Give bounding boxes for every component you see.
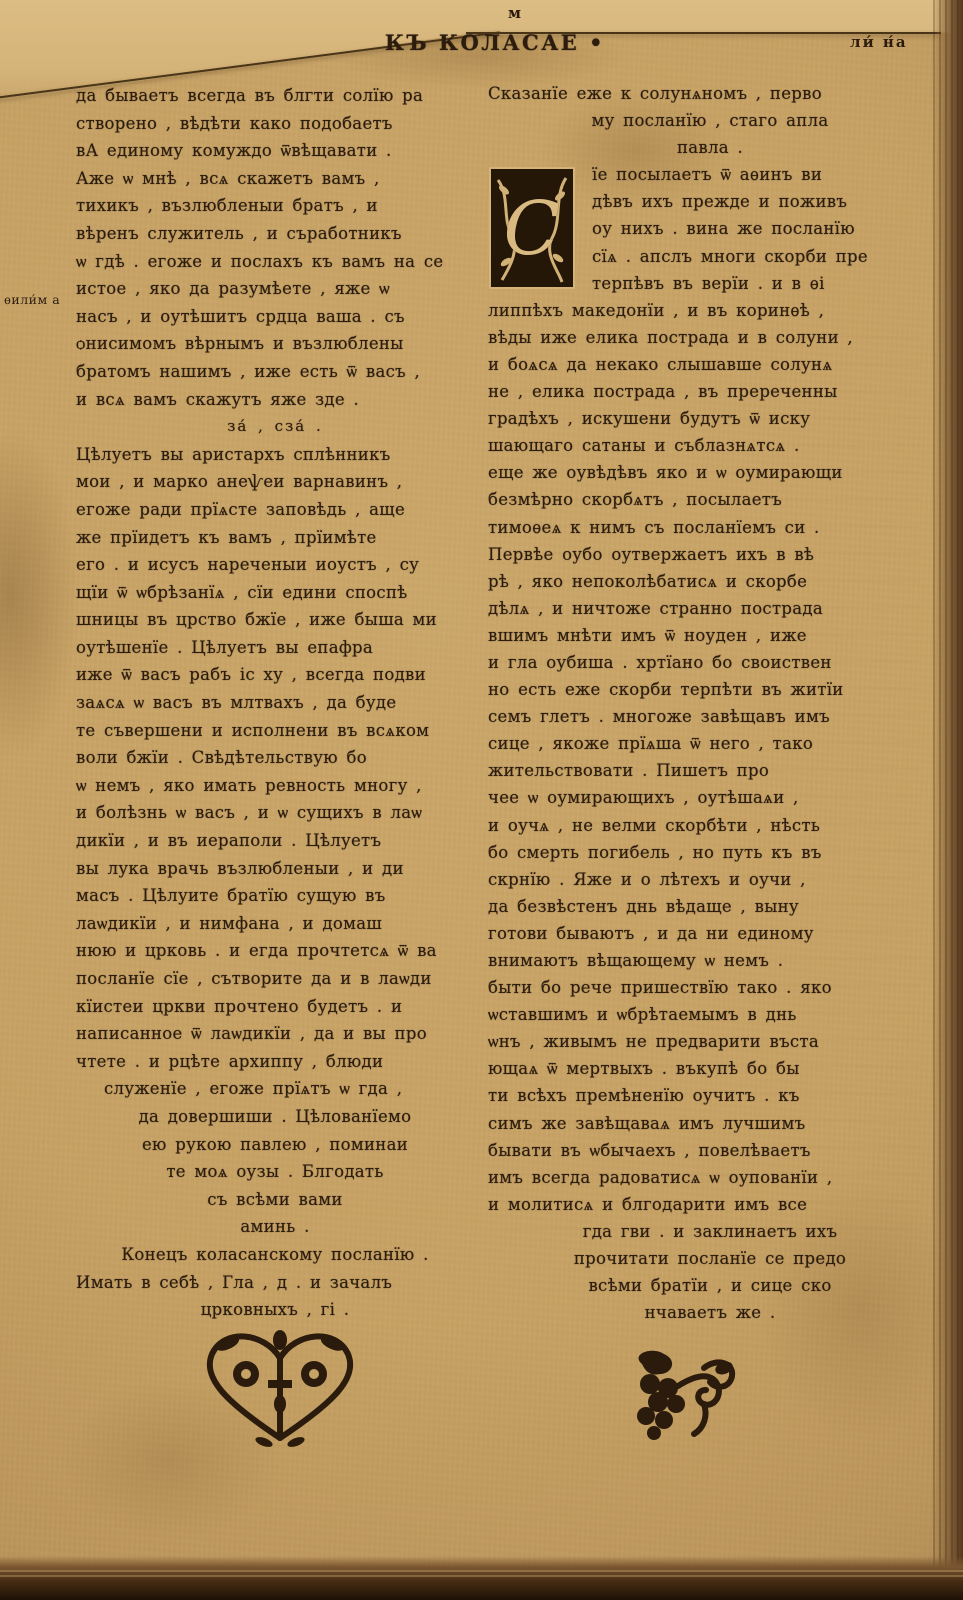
- text-line: шающаго сатаны и съблазнѧтсѧ .: [488, 432, 932, 459]
- text-line: створено , вѣдѣти како подобаетъ: [76, 110, 474, 138]
- left-text-column: да бываетъ всегда въ блгти солїю раствор…: [76, 82, 474, 1324]
- text-line: вѣренъ служитель , и съработникъ: [76, 220, 474, 248]
- text-line: Аже ѡ мнѣ , всѧ скажетъ вамъ ,: [76, 165, 474, 193]
- text-line: чтете . и рцѣте архиппу , блюди: [76, 1048, 474, 1076]
- text-line: тихикъ , възлюбленыи братъ , и: [76, 192, 474, 220]
- text-line: симъ же завѣщаваѧ имъ лучшимъ: [488, 1110, 932, 1137]
- text-line: Конецъ коласанскому посланїю .: [76, 1241, 474, 1269]
- text-line: да довершиши . Цѣлованїемо: [76, 1103, 474, 1131]
- text-line: бо смерть погибель , но путь къ въ: [488, 839, 932, 866]
- text-line: заѧсѧ ѡ васъ въ млтвахъ , да буде: [76, 689, 474, 717]
- scanned-book-page: КЪ КОЛАСАЕ • м ли́ н́а ѳили́м а да бывае…: [0, 0, 963, 1600]
- text-line: семъ глетъ . многоже завѣщавъ имъ: [488, 703, 932, 730]
- drop-cap-paragraph: С їе посылаетъ ѿ аѳинъ видѣвъ ихъ прежде…: [488, 161, 932, 296]
- grape-vine-sprig-ornament: [612, 1346, 744, 1442]
- text-line: внимаютъ вѣщающему ѡ немъ .: [488, 947, 932, 974]
- text-line: вѣды иже елика пострада и в солуни ,: [488, 324, 932, 351]
- text-line: написанное ѿ лаѡдикїи , да и вы про: [76, 1020, 474, 1048]
- text-line: шницы въ црство бжїе , иже быша ми: [76, 606, 474, 634]
- book-page-stack-edge: [933, 0, 963, 1600]
- text-line: дѣлѧ , и ничтоже странно пострада: [488, 595, 932, 622]
- running-title-superscript: м: [508, 4, 521, 22]
- text-line: за́ , сза́ .: [76, 413, 474, 441]
- text-line: посланїе сїе , сътворите да и в лаѡди: [76, 965, 474, 993]
- text-line: лаѡдикїи , и нимфана , и домаш: [76, 910, 474, 938]
- text-line: ѡ немъ , яко имать ревность многу ,: [76, 772, 474, 800]
- text-line: безмѣрно скорбѧтъ , посылаетъ: [488, 486, 932, 513]
- running-title: КЪ КОЛАСАЕ •: [330, 30, 660, 55]
- text-line: не , елика пострада , въ пререченны: [488, 378, 932, 405]
- text-line: сїѧ . апслъ многи скорби пре: [592, 243, 932, 270]
- margin-reference-note: ѳили́м а: [4, 292, 74, 307]
- right-text-column: Сказанїе еже к солунѧномъ , первому посл…: [488, 80, 932, 1326]
- sermon-heading: Сказанїе еже к солунѧномъ , первому посл…: [488, 80, 932, 161]
- text-line: прочитати посланїе се предо: [488, 1245, 932, 1272]
- text-line: црковныхъ , гі .: [76, 1296, 474, 1324]
- text-line: вА единому комуждо ѿвѣщавати .: [76, 137, 474, 165]
- text-line: сице , якоже прїѧша ѿ него , тако: [488, 730, 932, 757]
- text-line: те моѧ оузы . Блгодать: [76, 1158, 474, 1186]
- text-line: павла .: [488, 134, 932, 161]
- text-line: дѣвъ ихъ прежде и поживъ: [592, 188, 932, 215]
- text-line: гда гви . и заклинаетъ ихъ: [488, 1218, 932, 1245]
- sermon-body: липпѣхъ македонїи , и въ коринѳѣ ,вѣды и…: [488, 297, 932, 1327]
- text-line: насъ , и оутѣшитъ срдца ваша . съ: [76, 303, 474, 331]
- text-line: егоже ради прїѧсте заповѣдь , аще: [76, 496, 474, 524]
- drop-cap-lines: їе посылаетъ ѿ аѳинъ видѣвъ ихъ прежде и…: [592, 161, 932, 296]
- text-line: рѣ , яко непоколѣбатисѧ и скорбе: [488, 568, 932, 595]
- svg-text:С: С: [504, 186, 561, 272]
- text-line: ѡставшимъ и ѡбрѣтаемымъ в днь: [488, 1001, 932, 1028]
- folio-number: ли́ н́а: [850, 33, 908, 51]
- text-line: дикїи , и въ иераполи . Цѣлуетъ: [76, 827, 474, 855]
- text-line: ѡ гдѣ . егоже и послахъ къ вамъ на се: [76, 248, 474, 276]
- text-line: воли бжїи . Свѣдѣтельствую бо: [76, 744, 474, 772]
- text-line: жительствовати . Пишетъ про: [488, 757, 932, 784]
- text-line: ею рукою павлею , поминаи: [76, 1131, 474, 1159]
- text-line: да безвѣстенъ днь вѣдаще , выну: [488, 893, 932, 920]
- text-line: оу нихъ . вина же посланїю: [592, 215, 932, 242]
- text-line: и гла оубиша . хртїано бо своиствен: [488, 649, 932, 676]
- text-line: бывати въ ѡбычаехъ , повелѣваетъ: [488, 1137, 932, 1164]
- text-line: иже ѿ васъ рабъ іс ху , всегда подви: [76, 661, 474, 689]
- text-line: аминь .: [76, 1213, 474, 1241]
- text-line: готови бываютъ , и да ни единому: [488, 920, 932, 947]
- heart-floral-tailpiece-ornament: [198, 1328, 363, 1448]
- text-line: му посланїю , стаго апла: [488, 107, 932, 134]
- text-line: чее ѡ оумирающихъ , оутѣшаѧи ,: [488, 784, 932, 811]
- text-line: липпѣхъ македонїи , и въ коринѳѣ ,: [488, 297, 932, 324]
- text-line: їе посылаетъ ѿ аѳинъ ви: [592, 161, 932, 188]
- text-line: мои , и марко анеѱеи варнавинъ ,: [76, 468, 474, 496]
- text-line: истое , яко да разумѣете , яже ѡ: [76, 275, 474, 303]
- book-bottom-edge: [0, 1556, 963, 1600]
- text-line: служенїе , егоже прїѧтъ ѡ гда ,: [76, 1075, 474, 1103]
- text-line: ти всѣхъ премѣненїю оучитъ . къ: [488, 1082, 932, 1109]
- text-line: кїистеи цркви прочтено будетъ . и: [76, 993, 474, 1021]
- text-line: терпѣвъ въ верїи . и в ѳі: [592, 270, 932, 297]
- text-line: тимоѳеѧ к нимъ съ посланїемъ си .: [488, 514, 932, 541]
- ornate-initial-letter-icon: С: [488, 166, 576, 290]
- text-line: и оучѧ , не велми скорбѣти , нѣсть: [488, 812, 932, 839]
- text-line: и болѣзнь ѡ васъ , и ѡ сущихъ в лаѡ: [76, 799, 474, 827]
- text-line: нчаваетъ же .: [488, 1299, 932, 1326]
- text-line: но есть еже скорби терпѣти въ житїи: [488, 676, 932, 703]
- text-line: имъ всегда радоватисѧ ѡ оупованїи ,: [488, 1164, 932, 1191]
- text-line: его . и исусъ нареченыи иоустъ , су: [76, 551, 474, 579]
- text-line: и боѧсѧ да некако слышавше солунѧ: [488, 351, 932, 378]
- text-line: оутѣшенїе . Цѣлуетъ вы епафра: [76, 634, 474, 662]
- text-line: же прїидетъ къ вамъ , прїимѣте: [76, 524, 474, 552]
- text-line: ющаѧ ѿ мертвыхъ . въкупѣ бо бы: [488, 1055, 932, 1082]
- text-line: те съвершени и исполнени въ всѧком: [76, 717, 474, 745]
- text-line: нюю и црковь . и егда прочтетсѧ ѿ ва: [76, 937, 474, 965]
- text-line: Имать в себѣ , Гла , д . и зачалъ: [76, 1269, 474, 1297]
- text-line: щїи ѿ ѡбрѣзанїѧ , сїи едини споспѣ: [76, 579, 474, 607]
- text-line: Цѣлуетъ вы аристархъ сплѣнникъ: [76, 441, 474, 469]
- text-line: да бываетъ всегда въ блгти солїю ра: [76, 82, 474, 110]
- text-line: вы лука врачь възлюбленыи , и ди: [76, 855, 474, 883]
- text-line: и всѧ вамъ скажутъ яже зде .: [76, 386, 474, 414]
- text-line: братомъ нашимъ , иже есть ѿ васъ ,: [76, 358, 474, 386]
- text-line: всѣми братїи , и сице ско: [488, 1272, 932, 1299]
- text-line: скрнїю . Яже и о лѣтехъ и оучи ,: [488, 866, 932, 893]
- text-line: еще же оувѣдѣвъ яко и ѡ оумирающи: [488, 459, 932, 486]
- text-line: масъ . Цѣлуите братїю сущую въ: [76, 882, 474, 910]
- text-line: градѣхъ , искушени будутъ ѿ иску: [488, 405, 932, 432]
- text-line: Сказанїе еже к солунѧномъ , перво: [488, 80, 932, 107]
- text-line: быти бо рече пришествїю тако . яко: [488, 974, 932, 1001]
- text-line: вшимъ мнѣти имъ ѿ ноуден , иже: [488, 622, 932, 649]
- text-line: Первѣе оубо оутвержаетъ ихъ в вѣ: [488, 541, 932, 568]
- text-line: ѻнисимомъ вѣрнымъ и възлюблены: [76, 330, 474, 358]
- text-line: ѡнъ , живымъ не предварити въста: [488, 1028, 932, 1055]
- text-line: съ всѣми вами: [76, 1186, 474, 1214]
- text-line: и молитисѧ и блгодарити имъ все: [488, 1191, 932, 1218]
